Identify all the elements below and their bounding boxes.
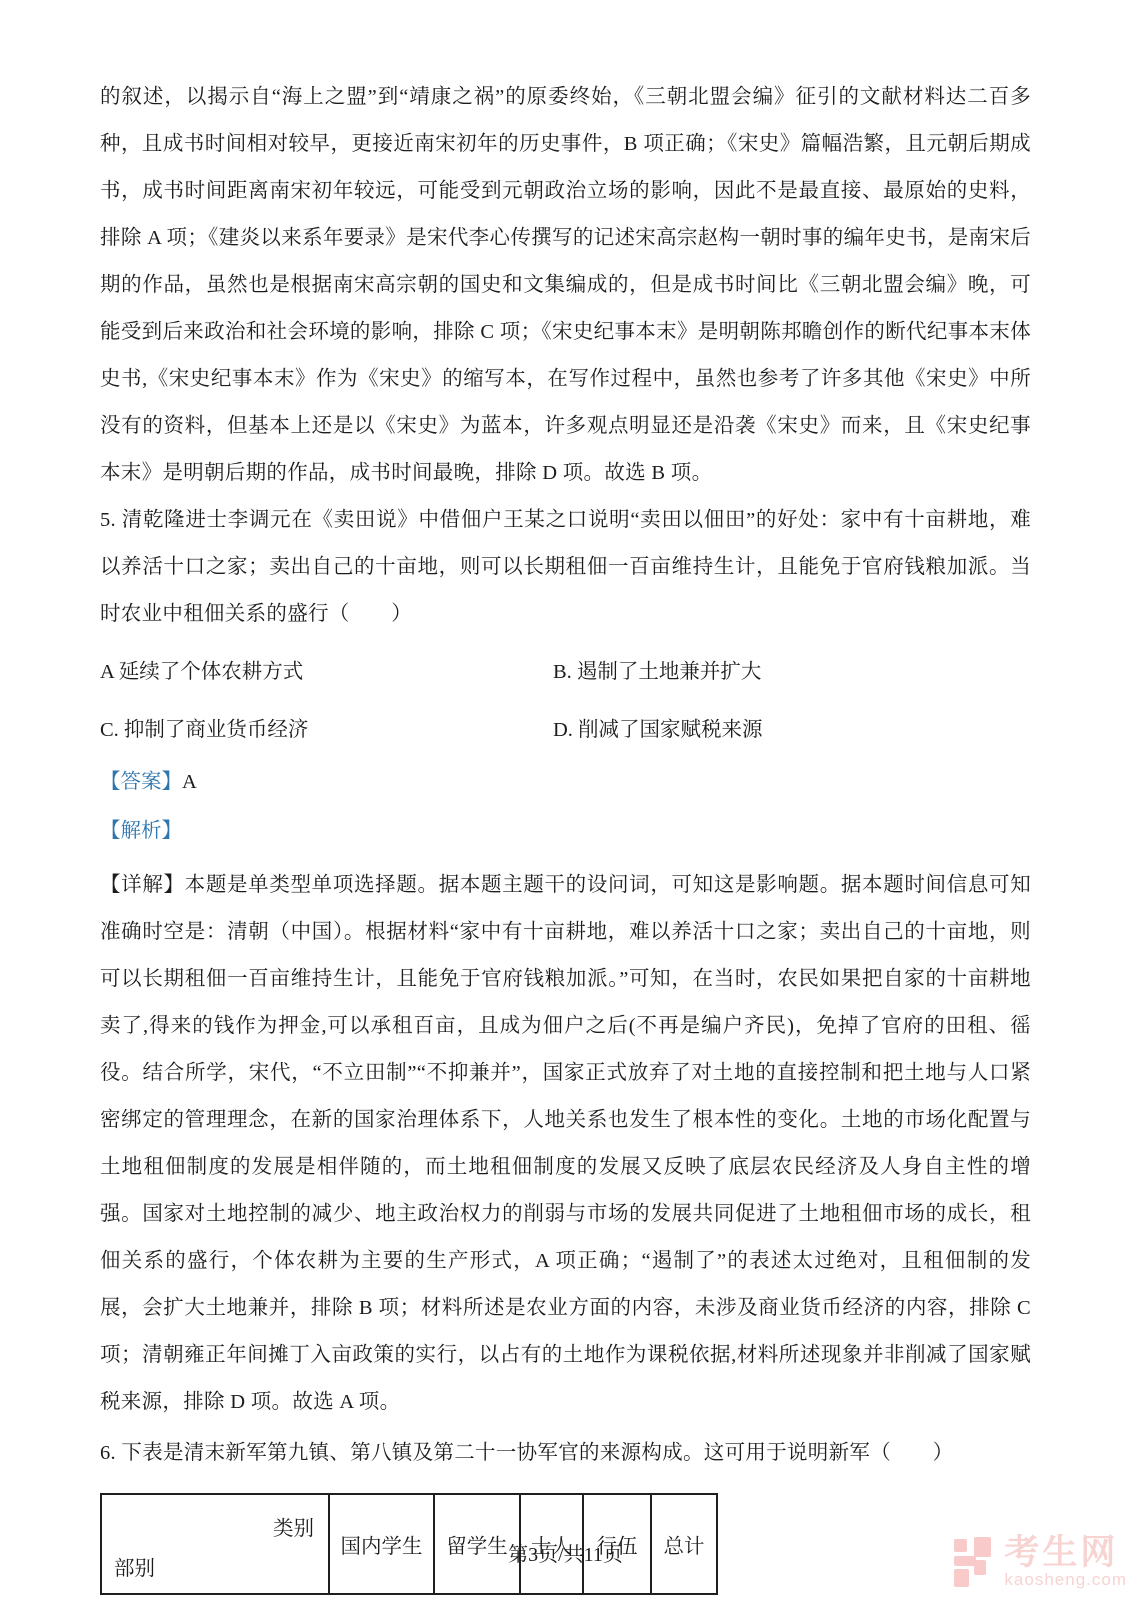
page-content: 的叙述，以揭示自“海上之盟”到“靖康之祸”的原委终始，《三朝北盟会编》征引的文献… <box>100 74 1031 1595</box>
kaosheng-watermark-text: 考生网 kaosheng.com <box>1004 1535 1127 1590</box>
kaosheng-logo-icon <box>954 1537 994 1589</box>
analysis-line: 【解析】 <box>100 810 1031 852</box>
diagonal-header-category: 类别 <box>273 1511 314 1541</box>
detail-label: 【详解】 <box>100 874 185 896</box>
answer-label: 【答案】 <box>100 771 182 793</box>
answer-value: A <box>182 771 197 793</box>
detail-text: 本题是单类型单项选择题。据本题主题干的设问词，可知这是影响题。据本题时间信息可知… <box>100 874 1031 1413</box>
option-b: B. 遏制了土地兼并扩大 <box>553 649 1031 696</box>
prev-question-explanation-text: 的叙述，以揭示自“海上之盟”到“靖康之祸”的原委终始，《三朝北盟会编》征引的文献… <box>100 74 1031 497</box>
question-6-stem: 6. 下表是清末新军第九镇、第八镇及第二十一协军官的来源构成。这可用于说明新军（… <box>100 1430 1031 1477</box>
option-a: A 延续了个体农耕方式 <box>100 649 553 696</box>
watermark-site-name: 考生网 <box>1004 1535 1127 1570</box>
answer-line: 【答案】A <box>100 761 1031 803</box>
option-d: D. 削减了国家赋税来源 <box>553 707 1031 754</box>
analysis-label: 【解析】 <box>100 820 182 842</box>
option-row-cd: C. 抑制了商业货币经济 D. 削减了国家赋税来源 <box>100 707 1031 754</box>
exam-document-page: 的叙述，以揭示自“海上之盟”到“靖康之祸”的原委终始，《三朝北盟会编》征引的文献… <box>0 0 1131 1600</box>
option-c: C. 抑制了商业货币经济 <box>100 707 553 754</box>
question-5-stem: 5. 清乾隆进士李调元在《卖田说》中借佃户王某之口说明“卖田以佃田”的好处：家中… <box>100 497 1031 638</box>
kaosheng-watermark: 考生网 kaosheng.com <box>954 1535 1127 1590</box>
option-row-ab: A 延续了个体农耕方式 B. 遏制了土地兼并扩大 <box>100 649 1031 696</box>
watermark-site-domain: kaosheng.com <box>1004 1570 1127 1590</box>
question-5-options: A 延续了个体农耕方式 B. 遏制了土地兼并扩大 C. 抑制了商业货币经济 D.… <box>100 649 1031 754</box>
question-5-detail-explanation: 【详解】本题是单类型单项选择题。据本题主题干的设问词，可知这是影响题。据本题时间… <box>100 862 1031 1426</box>
